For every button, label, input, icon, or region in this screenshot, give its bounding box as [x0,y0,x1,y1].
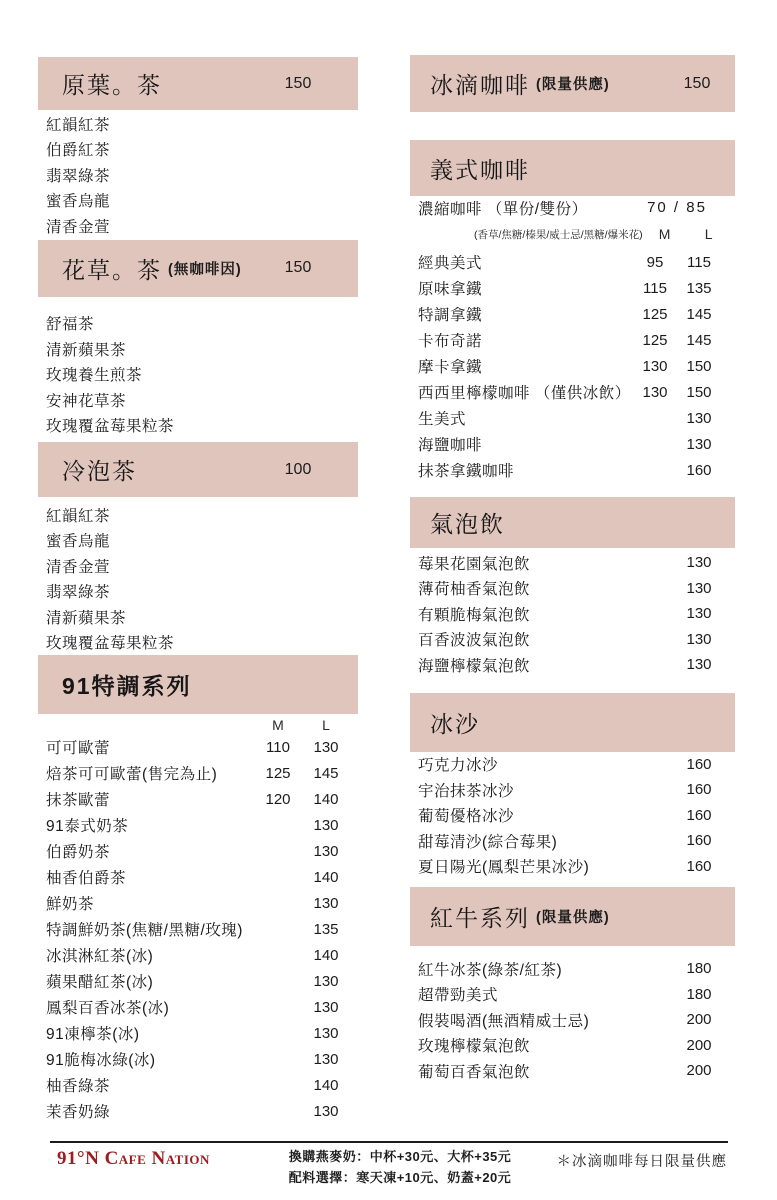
menu-item: 生美式130 [410,405,735,431]
item-name: 伯爵奶茶 [46,840,254,862]
item-name: 有顆脆梅氣泡飲 [418,603,633,625]
item-price-l: 140 [302,869,350,886]
item-price-l: 130 [677,631,721,648]
section-title: 義式咖啡 [430,152,530,185]
item-name: 葡萄優格冰沙 [418,804,633,826]
menu-column-left: 原葉。茶150紅韻紅茶伯爵紅茶翡翠綠茶蜜香烏龍清香金萱花草。茶(無咖啡因)150… [38,0,358,1124]
menu-item: 茉香奶綠130 [38,1098,358,1124]
menu-item: 葡萄百香氣泡飲200 [410,1058,735,1084]
item-name: 摩卡拿鐵 [418,355,633,377]
item-name: 冰淇淋紅茶(冰) [46,944,254,966]
menu-item: 百香波波氣泡飲130 [410,627,735,653]
menu-item: 清香金萱 [38,553,358,579]
section-title: 冰沙 [430,706,480,739]
footer-note-toppings: 配料選擇：寒天凍+10元、奶蓋+20元 [262,1167,538,1188]
menu-section: 冰滴咖啡(限量供應)150 [410,55,735,112]
item-name: 玫瑰檸檬氣泡飲 [418,1034,633,1056]
item-price-pair: 70 / 85 [633,199,721,216]
menu-item: 鮮奶茶130 [38,890,358,916]
menu-item: 鳳梨百香冰茶(冰)130 [38,994,358,1020]
item-price-l: 160 [677,807,721,824]
item-name: 生美式 [418,407,633,429]
item-price-m: 125 [254,765,302,782]
item-price-l: 160 [677,462,721,479]
section-header: 氣泡飲 [410,497,735,548]
item-name: 翡翠綠茶 [46,164,254,186]
footer-note-oatmilk: 換購燕麥奶：中杯+30元、大杯+35元 [262,1146,538,1167]
section-header: 紅牛系列(限量供應) [410,887,735,946]
item-price-l: 130 [302,973,350,990]
item-price-l: 180 [677,960,721,977]
item-price-m: 95 [633,254,677,271]
item-price-l: 130 [677,580,721,597]
menu-item: 蜜香烏龍 [38,188,358,214]
item-name: 超帶勁美式 [418,983,633,1005]
menu-section: 紅牛系列(限量供應)紅牛冰茶(綠茶/紅茶)180超帶勁美式180假裝喝酒(無酒精… [410,887,735,1084]
section-items: 可可歐蕾110130焙茶可可歐蕾(售完為止)125145抹茶歐蕾12014091… [38,734,358,1124]
menu-item: 伯爵紅茶 [38,137,358,163]
section-title: 冰滴咖啡 [430,67,530,100]
menu-item: 海鹽檸檬氣泡飲130 [410,652,735,678]
item-price-l: 145 [677,306,721,323]
size-header-row: ML [38,714,358,734]
menu-item: 清香金萱 [38,213,358,239]
section-price: 150 [268,75,328,93]
menu-item: 葡萄優格冰沙160 [410,803,735,829]
item-name: 清新蘋果茶 [46,338,254,360]
item-name: 茉香奶綠 [46,1100,254,1122]
item-name: 翡翠綠茶 [46,580,254,602]
flavor-note-row: (香草/焦糖/榛果/威士忌/黑糖/爆米花)ML [410,219,735,249]
brand-logo: 91°N Cafe Nation [57,1148,210,1170]
item-price-l: 200 [677,1037,721,1054]
size-m-label: M [643,226,687,242]
item-name: 玫瑰養生煎茶 [46,363,254,385]
item-name: 安神花草茶 [46,389,254,411]
menu-item: 柚香綠茶140 [38,1072,358,1098]
item-name: 甜莓清沙(綜合莓果) [418,830,633,852]
item-name: 百香波波氣泡飲 [418,628,633,650]
item-name: 經典美式 [418,251,633,273]
section-title-note: (限量供應) [536,73,610,94]
item-price-l: 130 [302,739,350,756]
section-title: 花草。茶 [62,252,162,285]
item-name: 蘋果醋紅茶(冰) [46,970,254,992]
item-price-m: 120 [254,791,302,808]
item-price-l: 130 [302,817,350,834]
section-header: 原葉。茶150 [38,57,358,110]
item-name: 紅韻紅茶 [46,504,254,526]
menu-item: 蜜香烏龍 [38,528,358,554]
menu-item: 甜莓清沙(綜合莓果)160 [410,828,735,854]
section-items: 莓果花園氣泡飲130薄荷柚香氣泡飲130有顆脆梅氣泡飲130百香波波氣泡飲130… [410,548,735,678]
item-price-m: 125 [633,306,677,323]
item-price-l: 150 [677,384,721,401]
item-price-l: 140 [302,791,350,808]
menu-section: 冷泡茶100紅韻紅茶蜜香烏龍清香金萱翡翠綠茶清新蘋果茶玫瑰覆盆莓果粒茶 [38,442,358,655]
item-name: 蜜香烏龍 [46,529,254,551]
menu-item: 海鹽咖啡130 [410,431,735,457]
item-price-l: 160 [677,756,721,773]
item-name: 91脆梅冰綠(冰) [46,1048,254,1070]
size-l-label: L [687,226,731,242]
menu-item: 翡翠綠茶 [38,162,358,188]
menu-item: 翡翠綠茶 [38,579,358,605]
item-name: 薄荷柚香氣泡飲 [418,577,633,599]
item-price-l: 130 [677,410,721,427]
section-header: 義式咖啡 [410,140,735,196]
menu-item: 摩卡拿鐵130150 [410,353,735,379]
item-price-l: 135 [677,280,721,297]
menu-section: 冰沙巧克力冰沙160宇治抹茶冰沙160葡萄優格冰沙160甜莓清沙(綜合莓果)16… [410,693,735,880]
item-name: 原味拿鐵 [418,277,633,299]
section-title-note: (無咖啡因) [168,258,242,279]
menu-item: 91脆梅冰綠(冰)130 [38,1046,358,1072]
section-price: 100 [268,461,328,479]
item-price-l: 160 [677,832,721,849]
item-name: 夏日陽光(鳳梨芒果冰沙) [418,855,633,877]
item-price-m: 110 [254,739,302,756]
menu-item: 91凍檸茶(冰)130 [38,1020,358,1046]
menu-item: 原味拿鐵115135 [410,275,735,301]
item-name: 特調拿鐵 [418,303,633,325]
item-name: 海鹽咖啡 [418,433,633,455]
item-price-l: 130 [302,1025,350,1042]
section-header: 冰滴咖啡(限量供應)150 [410,55,735,112]
item-price-l: 145 [302,765,350,782]
item-price-l: 130 [302,895,350,912]
item-price-l: 135 [302,921,350,938]
item-price-l: 140 [302,947,350,964]
menu-item: 超帶勁美式180 [410,982,735,1008]
section-header: 冰沙 [410,693,735,752]
section-items: 紅韻紅茶伯爵紅茶翡翠綠茶蜜香烏龍清香金萱 [38,110,358,239]
section-title: 冷泡茶 [62,453,137,486]
menu-item: 夏日陽光(鳳梨芒果冰沙)160 [410,854,735,880]
section-items: 紅牛冰茶(綠茶/紅茶)180超帶勁美式180假裝喝酒(無酒精威士忌)200玫瑰檸… [410,946,735,1084]
menu-item: 紅韻紅茶 [38,502,358,528]
section-items: 舒福茶清新蘋果茶玫瑰養生煎茶安神花草茶玫瑰覆盆莓果粒茶 [38,297,358,439]
item-name: 假裝喝酒(無酒精威士忌) [418,1009,633,1031]
footer-divider [50,1141,728,1143]
item-price-l: 130 [677,605,721,622]
menu-section: 原葉。茶150紅韻紅茶伯爵紅茶翡翠綠茶蜜香烏龍清香金萱 [38,57,358,239]
menu-item: 特調鮮奶茶(焦糖/黑糖/玫瑰)135 [38,916,358,942]
section-header: 冷泡茶100 [38,442,358,497]
menu-item: 蘋果醋紅茶(冰)130 [38,968,358,994]
item-name: 抹茶歐蕾 [46,788,254,810]
item-price-m: 130 [633,384,677,401]
item-price-l: 130 [302,999,350,1016]
menu-item: 可可歐蕾110130 [38,734,358,760]
item-price-l: 130 [677,554,721,571]
item-price-m: 115 [633,280,677,297]
item-name: 西西里檸檬咖啡 （僅供冰飲） [418,381,633,403]
menu-item: 薄荷柚香氣泡飲130 [410,576,735,602]
item-name: 紅韻紅茶 [46,113,254,135]
menu-item: 玫瑰覆盆莓果粒茶 [38,413,358,439]
item-name: 蜜香烏龍 [46,189,254,211]
item-name: 柚香伯爵茶 [46,866,254,888]
item-price-l: 130 [302,843,350,860]
section-items: 紅韻紅茶蜜香烏龍清香金萱翡翠綠茶清新蘋果茶玫瑰覆盆莓果粒茶 [38,497,358,655]
menu-item: 舒福茶 [38,311,358,337]
size-l-label: L [302,717,350,733]
menu-item: 紅韻紅茶 [38,111,358,137]
menu-item: 西西里檸檬咖啡 （僅供冰飲）130150 [410,379,735,405]
menu-item: 玫瑰養生煎茶 [38,362,358,388]
item-name: 宇治抹茶冰沙 [418,779,633,801]
item-price-l: 130 [302,1051,350,1068]
item-price-l: 200 [677,1062,721,1079]
menu-item: 特調拿鐵125145 [410,301,735,327]
menu-item: 玫瑰覆盆莓果粒茶 [38,630,358,656]
item-price-m: 130 [633,358,677,375]
item-name: 鮮奶茶 [46,892,254,914]
footer-notes: 換購燕麥奶：中杯+30元、大杯+35元 配料選擇：寒天凍+10元、奶蓋+20元 [262,1146,538,1188]
menu-item: 清新蘋果茶 [38,604,358,630]
item-name: 清香金萱 [46,555,254,577]
item-name: 海鹽檸檬氣泡飲 [418,654,633,676]
item-name: 紅牛冰茶(綠茶/紅茶) [418,958,633,980]
item-price-l: 150 [677,358,721,375]
item-name: 卡布奇諾 [418,329,633,351]
item-price-l: 115 [677,254,721,271]
item-name: 舒福茶 [46,312,254,334]
menu-item: 有顆脆梅氣泡飲130 [410,601,735,627]
item-price-l: 160 [677,858,721,875]
item-price-l: 180 [677,986,721,1003]
menu-section: 花草。茶(無咖啡因)150舒福茶清新蘋果茶玫瑰養生煎茶安神花草茶玫瑰覆盆莓果粒茶 [38,240,358,439]
section-header: 花草。茶(無咖啡因)150 [38,240,358,297]
item-price-l: 130 [302,1103,350,1120]
menu-section: 氣泡飲莓果花園氣泡飲130薄荷柚香氣泡飲130有顆脆梅氣泡飲130百香波波氣泡飲… [410,497,735,678]
item-price-m: 125 [633,332,677,349]
item-name: 清新蘋果茶 [46,606,254,628]
section-items: 濃縮咖啡 （單份/雙份）70 / 85(香草/焦糖/榛果/威士忌/黑糖/爆米花)… [410,196,735,483]
footer-cold-brew-note: ＊冰滴咖啡每日限量供應 [557,1150,728,1171]
menu-item: 紅牛冰茶(綠茶/紅茶)180 [410,956,735,982]
flavor-note: (香草/焦糖/榛果/威士忌/黑糖/爆米花) [418,227,643,242]
item-name: 柚香綠茶 [46,1074,254,1096]
menu-item: 抹茶歐蕾120140 [38,786,358,812]
menu-item: 卡布奇諾125145 [410,327,735,353]
menu-section: 義式咖啡濃縮咖啡 （單份/雙份）70 / 85(香草/焦糖/榛果/威士忌/黑糖/… [410,140,735,483]
section-price: 150 [268,259,328,277]
item-price-l: 140 [302,1077,350,1094]
item-name: 濃縮咖啡 （單份/雙份） [418,197,633,219]
section-header: 91特調系列 [38,655,358,714]
item-price-l: 160 [677,781,721,798]
menu-item: 宇治抹茶冰沙160 [410,777,735,803]
menu-item: 抹茶拿鐵咖啡160 [410,457,735,483]
menu-item: 經典美式95115 [410,249,735,275]
menu-item: 柚香伯爵茶140 [38,864,358,890]
section-title-note: (限量供應) [536,906,610,927]
section-price: 150 [675,75,719,93]
menu-column-right: 冰滴咖啡(限量供應)150義式咖啡濃縮咖啡 （單份/雙份）70 / 85(香草/… [410,0,735,1084]
item-name: 91泰式奶茶 [46,814,254,836]
item-price-l: 130 [677,436,721,453]
menu-item: 焙茶可可歐蕾(售完為止)125145 [38,760,358,786]
section-title: 紅牛系列 [430,900,530,933]
item-name: 清香金萱 [46,215,254,237]
item-name: 莓果花園氣泡飲 [418,552,633,574]
menu-item: 91泰式奶茶130 [38,812,358,838]
item-name: 焙茶可可歐蕾(售完為止) [46,762,254,784]
menu-item: 伯爵奶茶130 [38,838,358,864]
menu-item: 玫瑰檸檬氣泡飲200 [410,1033,735,1059]
section-title: 91特調系列 [62,668,192,701]
menu-section: 91特調系列ML可可歐蕾110130焙茶可可歐蕾(售完為止)125145抹茶歐蕾… [38,655,358,1124]
section-title: 原葉。茶 [62,67,162,100]
item-name: 鳳梨百香冰茶(冰) [46,996,254,1018]
item-name: 特調鮮奶茶(焦糖/黑糖/玫瑰) [46,918,254,940]
item-name: 91凍檸茶(冰) [46,1022,254,1044]
item-name: 玫瑰覆盆莓果粒茶 [46,631,254,653]
menu-item: 巧克力冰沙160 [410,752,735,778]
menu-item: 假裝喝酒(無酒精威士忌)200 [410,1007,735,1033]
item-price-l: 200 [677,1011,721,1028]
size-m-label: M [254,717,302,733]
item-name: 抹茶拿鐵咖啡 [418,459,633,481]
menu-item: 冰淇淋紅茶(冰)140 [38,942,358,968]
item-price-l: 145 [677,332,721,349]
item-name: 玫瑰覆盆莓果粒茶 [46,414,254,436]
section-items: 巧克力冰沙160宇治抹茶冰沙160葡萄優格冰沙160甜莓清沙(綜合莓果)160夏… [410,752,735,880]
menu-item: 濃縮咖啡 （單份/雙份）70 / 85 [410,196,735,219]
item-name: 伯爵紅茶 [46,138,254,160]
item-name: 可可歐蕾 [46,736,254,758]
item-name: 葡萄百香氣泡飲 [418,1060,633,1082]
section-title: 氣泡飲 [430,506,505,539]
menu-item: 莓果花園氣泡飲130 [410,550,735,576]
menu-item: 安神花草茶 [38,387,358,413]
item-price-l: 130 [677,656,721,673]
menu-item: 清新蘋果茶 [38,336,358,362]
item-name: 巧克力冰沙 [418,753,633,775]
